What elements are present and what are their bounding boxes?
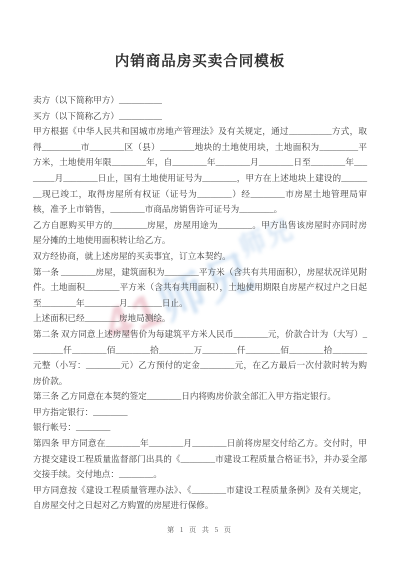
document-title: 内销商品房买卖合同模板 bbox=[0, 0, 400, 71]
contract-paragraph-buyer: 买方（以下简称乙方）__________ bbox=[33, 109, 367, 125]
contract-paragraph-article1: 第一条 ________房屋，建筑面积为________平方米（含共有共用面积）… bbox=[33, 265, 367, 312]
contract-paragraph-warranty: 甲方同意按《建设工程质量管理办法》、《________市建设工程质量条例》及有关… bbox=[33, 483, 367, 514]
contract-paragraph-article2: 第二条 双方同意上述房屋售价为每建筑平方米人民币________元，价款合计为（… bbox=[33, 327, 367, 389]
contract-paragraph-article3: 第三条 乙方同意在本契约签定________日内将购房价款全部汇入甲方指定银行。 bbox=[33, 389, 367, 405]
contract-paragraph-seller: 卖方（以下简称甲方）__________ bbox=[33, 93, 367, 109]
page-number: 第 1 页 共 5 页 bbox=[0, 525, 400, 535]
contract-body: 卖方（以下简称甲方）__________ 买方（以下简称乙方）_________… bbox=[33, 93, 367, 514]
contract-paragraph-article4: 第四条 甲方同意在________年________月________日前将房屋… bbox=[33, 436, 367, 483]
contract-paragraph-account: 银行帐号：________ bbox=[33, 420, 367, 436]
document-page: 41师兄 师兄 内销商品房买卖合同模板 卖方（以下简称甲方）__________… bbox=[0, 0, 400, 565]
contract-paragraph-bank: 甲方指定银行：________ bbox=[33, 405, 367, 421]
contract-paragraph-purchase: 乙方自愿购买甲方的________房屋，房屋用途为________。甲方出售该房… bbox=[33, 218, 367, 249]
contract-paragraph-intro: 甲方根据《中华人民共和国城市房地产管理法》及有关规定，通过__________方… bbox=[33, 124, 367, 218]
contract-paragraph-survey: 上述面积已经________房地局测绘。 bbox=[33, 311, 367, 327]
contract-paragraph-agreement: 双方经协商，就上述房屋的买卖事宜，订立本契约。 bbox=[33, 249, 367, 265]
